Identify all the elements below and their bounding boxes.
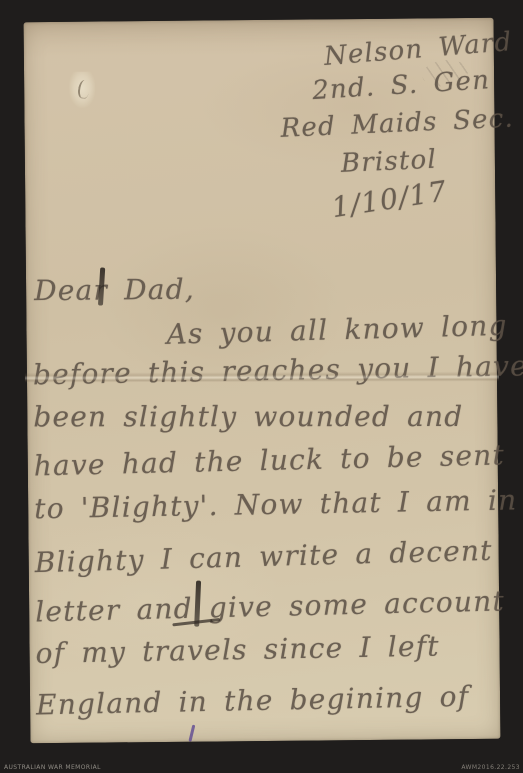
body-line-4: have had the luck to be sent <box>33 438 505 482</box>
header-line-section: Red Maids Sec. <box>280 104 514 144</box>
header-line-date: 1/10/17 <box>329 174 449 224</box>
body-line-8: of my travels since I left <box>35 630 440 670</box>
header-line-hospital: 2nd. S. Gen <box>311 65 491 106</box>
purple-pen-mark <box>188 725 195 742</box>
body-line-3: been slightly wounded and <box>33 400 463 433</box>
body-line-5: to 'Blighty'. Now that I am in <box>34 483 518 525</box>
body-line-2: before this reaches you I have <box>33 349 523 391</box>
scan-background: Nelson Ward 2nd. S. Gen Red Maids Sec. B… <box>0 0 523 773</box>
letter-page: Nelson Ward 2nd. S. Gen Red Maids Sec. B… <box>24 18 501 743</box>
body-line-1: As you all know long <box>166 309 508 351</box>
body-line-6: Blighty I can write a decent <box>34 534 493 579</box>
accession-number: AWM2016.22.253 <box>461 764 520 771</box>
salutation: Dear Dad, <box>34 273 195 308</box>
paper-blemish-mark <box>77 79 90 99</box>
body-line-7: letter and give some account <box>35 584 505 628</box>
body-line-9: England in the begining of <box>36 680 470 722</box>
paper-blemish <box>69 72 95 108</box>
fold-crease <box>25 371 499 382</box>
archive-watermark: AUSTRALIAN WAR MEMORIAL <box>4 764 101 771</box>
header-line-city: Bristol <box>340 145 437 179</box>
